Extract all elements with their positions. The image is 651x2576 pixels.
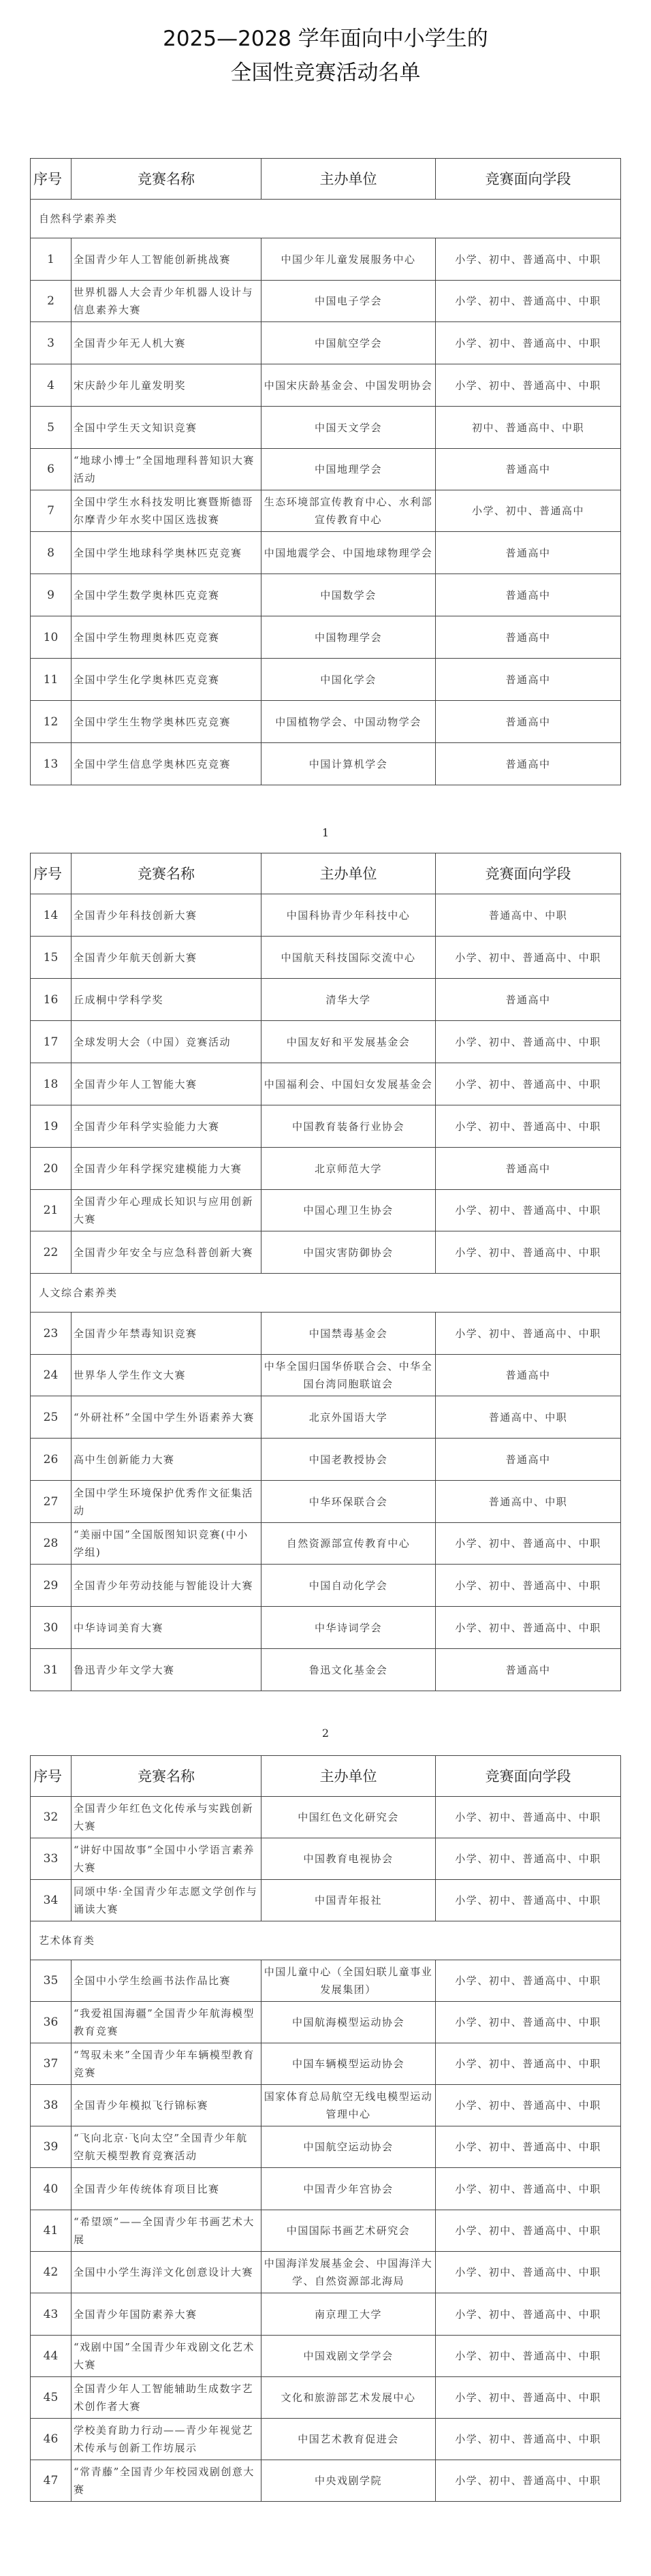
organizer: 中国友好和平发展基金会 <box>261 1021 436 1063</box>
organizer: 中国物理学会 <box>261 616 436 659</box>
competition-name: 全国青少年劳动技能与智能设计大赛 <box>72 1565 261 1607</box>
competition-name: “希望颂”——全国青少年书画艺术大展 <box>72 2210 261 2252</box>
organizer: 中国艺术教育促进会 <box>261 2419 436 2460</box>
category-row: 自然科学素养类 <box>31 200 621 238</box>
organizer: 鲁迅文化基金会 <box>261 1649 436 1691</box>
row-number: 11 <box>31 659 72 701</box>
competition-name: 高中生创新能力大赛 <box>72 1439 261 1481</box>
competition-name: 全国青少年科技创新大赛 <box>72 894 261 937</box>
table-row: 30中华诗词美育大赛中华诗词学会小学、初中、普通高中、中职 <box>31 1607 621 1649</box>
organizer: 中国化学会 <box>261 659 436 701</box>
organizer: 国家体育总局航空无线电模型运动管理中心 <box>261 2085 436 2126</box>
row-number: 8 <box>31 532 72 574</box>
competition-name: “我爱祖国海疆”全国青少年航海模型教育竞赛 <box>72 2002 261 2043</box>
competition-name: 丘成桐中学科学奖 <box>72 979 261 1021</box>
organizer: 中央戏剧学院 <box>261 2460 436 2502</box>
school-stage: 普通高中 <box>436 701 621 743</box>
table-row: 12全国中学生生物学奥林匹克竞赛中国植物学会、中国动物学会普通高中 <box>31 701 621 743</box>
category-humanities: 人文综合素养类 <box>31 1274 621 1313</box>
category-natural-science: 自然科学素养类 <box>31 200 621 238</box>
competition-name: 全国中学生数学奥林匹克竞赛 <box>72 574 261 616</box>
col-header-name: 竞赛名称 <box>72 1756 261 1797</box>
row-number: 20 <box>31 1148 72 1190</box>
row-number: 7 <box>31 490 72 532</box>
col-header-org: 主办单位 <box>261 1756 436 1797</box>
table-row: 1全国青少年人工智能创新挑战赛中国少年儿童发展服务中心小学、初中、普通高中、中职 <box>31 238 621 281</box>
col-header-org: 主办单位 <box>261 853 436 894</box>
row-number: 26 <box>31 1439 72 1481</box>
table-row: 9全国中学生数学奥林匹克竞赛中国数学会普通高中 <box>31 574 621 616</box>
school-stage: 小学、初中、普通高中、中职 <box>436 322 621 364</box>
row-number: 13 <box>31 743 72 785</box>
organizer: 中国天文学会 <box>261 407 436 449</box>
row-number: 46 <box>31 2419 72 2460</box>
table-row: 33“讲好中国故事”全国中小学语言素养大赛中国教育电视协会小学、初中、普通高中、… <box>31 1838 621 1880</box>
row-number: 35 <box>31 1960 72 2002</box>
organizer: 中国福利会、中国妇女发展基金会 <box>261 1063 436 1105</box>
organizer: 中国教育装备行业协会 <box>261 1105 436 1148</box>
title-line-2: 全国性竞赛活动名单 <box>0 56 651 90</box>
school-stage: 小学、初中、普通高中、中职 <box>436 2126 621 2168</box>
organizer: 中国国际书画艺术研究会 <box>261 2210 436 2252</box>
col-header-no: 序号 <box>31 1756 72 1797</box>
row-number: 17 <box>31 1021 72 1063</box>
title-line-1: 2025—2028 学年面向中小学生的 <box>0 22 651 56</box>
row-number: 9 <box>31 574 72 616</box>
row-number: 6 <box>31 449 72 490</box>
school-stage: 普通高中 <box>436 1649 621 1691</box>
organizer: 生态环境部宣传教育中心、水利部宣传教育中心 <box>261 490 436 532</box>
competition-name: “外研社杯”全国中学生外语素养大赛 <box>72 1396 261 1439</box>
school-stage: 普通高中 <box>436 659 621 701</box>
row-number: 28 <box>31 1523 72 1565</box>
table-row: 2世界机器人大会青少年机器人设计与信息素养大赛中国电子学会小学、初中、普通高中、… <box>31 281 621 322</box>
page-number-1: 1 <box>0 826 651 839</box>
organizer: 中国老教授协会 <box>261 1439 436 1481</box>
competition-name: “常青藤”全国青少年校园戏剧创意大赛 <box>72 2460 261 2502</box>
school-stage: 小学、初中、普通高中、中职 <box>436 2460 621 2502</box>
row-number: 1 <box>31 238 72 281</box>
organizer: 中国戏剧文学学会 <box>261 2336 436 2377</box>
table-row: 32全国青少年红色文化传承与实践创新大赛中国红色文化研究会小学、初中、普通高中、… <box>31 1797 621 1838</box>
competition-name: “驾驭未来”全国青少年车辆模型教育竞赛 <box>72 2043 261 2085</box>
table-row: 23全国青少年禁毒知识竞赛中国禁毒基金会小学、初中、普通高中、中职 <box>31 1313 621 1355</box>
row-number: 16 <box>31 979 72 1021</box>
school-stage: 小学、初中、普通高中、中职 <box>436 2419 621 2460</box>
row-number: 40 <box>31 2168 72 2210</box>
organizer: 中国海洋发展基金会、中国海洋大学、自然资源部北海局 <box>261 2252 436 2293</box>
table-row: 10全国中学生物理奥林匹克竞赛中国物理学会普通高中 <box>31 616 621 659</box>
organizer: 中国航天科技国际交流中心 <box>261 937 436 979</box>
organizer: 中国电子学会 <box>261 281 436 322</box>
competition-name: 全国中学生天文知识竞赛 <box>72 407 261 449</box>
row-number: 22 <box>31 1231 72 1274</box>
school-stage: 小学、初中、普通高中、中职 <box>436 937 621 979</box>
table-row: 24世界华人学生作文大赛中华全国归国华侨联合会、中华全国台湾同胞联谊会普通高中 <box>31 1355 621 1396</box>
competition-name: 同颂中华·全国青少年志愿文学创作与诵读大赛 <box>72 1880 261 1921</box>
school-stage: 小学、初中、普通高中、中职 <box>436 2252 621 2293</box>
table-page-1: 序号 竞赛名称 主办单位 竞赛面向学段 自然科学素养类 1全国青少年人工智能创新… <box>30 158 620 785</box>
organizer: 中国车辆模型运动协会 <box>261 2043 436 2085</box>
row-number: 27 <box>31 1481 72 1523</box>
table-row: 18全国青少年人工智能大赛中国福利会、中国妇女发展基金会小学、初中、普通高中、中… <box>31 1063 621 1105</box>
school-stage: 普通高中 <box>436 616 621 659</box>
school-stage: 小学、初中、普通高中、中职 <box>436 2293 621 2336</box>
school-stage: 小学、初中、普通高中、中职 <box>436 364 621 407</box>
school-stage: 小学、初中、普通高中、中职 <box>436 1797 621 1838</box>
school-stage: 初中、普通高中、中职 <box>436 407 621 449</box>
table-row: 21全国青少年心理成长知识与应用创新大赛中国心理卫生协会小学、初中、普通高中、中… <box>31 1190 621 1231</box>
organizer: 中国科协青少年科技中心 <box>261 894 436 937</box>
school-stage: 小学、初中、普通高中、中职 <box>436 238 621 281</box>
organizer: 文化和旅游部艺术发展中心 <box>261 2377 436 2419</box>
organizer: 中国自动化学会 <box>261 1565 436 1607</box>
category-row: 艺术体育类 <box>31 1921 621 1960</box>
table-row: 47“常青藤”全国青少年校园戏剧创意大赛中央戏剧学院小学、初中、普通高中、中职 <box>31 2460 621 2502</box>
table-row: 37“驾驭未来”全国青少年车辆模型教育竞赛中国车辆模型运动协会小学、初中、普通高… <box>31 2043 621 2085</box>
row-number: 34 <box>31 1880 72 1921</box>
competition-name: 全国青少年安全与应急科普创新大赛 <box>72 1231 261 1274</box>
table-row: 44“戏剧中国”全国青少年戏剧文化艺术大赛中国戏剧文学学会小学、初中、普通高中、… <box>31 2336 621 2377</box>
col-header-no: 序号 <box>31 853 72 894</box>
school-stage: 小学、初中、普通高中、中职 <box>436 1313 621 1355</box>
competition-name: 世界华人学生作文大赛 <box>72 1355 261 1396</box>
row-number: 14 <box>31 894 72 937</box>
table-body: 1全国青少年人工智能创新挑战赛中国少年儿童发展服务中心小学、初中、普通高中、中职… <box>31 238 621 785</box>
school-stage: 小学、初中、普通高中、中职 <box>436 1105 621 1148</box>
school-stage: 普通高中 <box>436 1355 621 1396</box>
row-number: 21 <box>31 1190 72 1231</box>
table-row: 14全国青少年科技创新大赛中国科协青少年科技中心普通高中、中职 <box>31 894 621 937</box>
organizer: 中国心理卫生协会 <box>261 1190 436 1231</box>
document-title: 2025—2028 学年面向中小学生的 全国性竞赛活动名单 <box>0 22 651 90</box>
row-number: 37 <box>31 2043 72 2085</box>
school-stage: 普通高中 <box>436 1439 621 1481</box>
row-number: 31 <box>31 1649 72 1691</box>
row-number: 24 <box>31 1355 72 1396</box>
school-stage: 小学、初中、普通高中、中职 <box>436 2085 621 2126</box>
table-row: 38全国青少年模拟飞行锦标赛国家体育总局航空无线电模型运动管理中心小学、初中、普… <box>31 2085 621 2126</box>
row-number: 4 <box>31 364 72 407</box>
organizer: 中国红色文化研究会 <box>261 1797 436 1838</box>
competition-name: 全国青少年科学探究建模能力大赛 <box>72 1148 261 1190</box>
table-row: 16丘成桐中学科学奖清华大学普通高中 <box>31 979 621 1021</box>
row-number: 45 <box>31 2377 72 2419</box>
table-row: 40全国青少年传统体育项目比赛中国青少年宫协会小学、初中、普通高中、中职 <box>31 2168 621 2210</box>
row-number: 39 <box>31 2126 72 2168</box>
school-stage: 小学、初中、普通高中、中职 <box>436 1523 621 1565</box>
row-number: 3 <box>31 322 72 364</box>
competition-name: 全国青少年传统体育项目比赛 <box>72 2168 261 2210</box>
row-number: 32 <box>31 1797 72 1838</box>
table-row: 8全国中学生地球科学奥林匹克竞赛中国地震学会、中国地球物理学会普通高中 <box>31 532 621 574</box>
organizer: 中国宋庆龄基金会、中国发明协会 <box>261 364 436 407</box>
table-row: 20全国青少年科学探究建模能力大赛北京师范大学普通高中 <box>31 1148 621 1190</box>
school-stage: 小学、初中、普通高中、中职 <box>436 1838 621 1880</box>
organizer: 中华诗词学会 <box>261 1607 436 1649</box>
organizer: 中国少年儿童发展服务中心 <box>261 238 436 281</box>
school-stage: 小学、初中、普通高中、中职 <box>436 2043 621 2085</box>
table-row: 43全国青少年国防素养大赛南京理工大学小学、初中、普通高中、中职 <box>31 2293 621 2336</box>
row-number: 5 <box>31 407 72 449</box>
school-stage: 普通高中 <box>436 1148 621 1190</box>
competition-table: 序号 竞赛名称 主办单位 竞赛面向学段 自然科学素养类 1全国青少年人工智能创新… <box>30 158 621 785</box>
organizer: 南京理工大学 <box>261 2293 436 2336</box>
school-stage: 小学、初中、普通高中、中职 <box>436 2336 621 2377</box>
competition-name: 鲁迅青少年文学大赛 <box>72 1649 261 1691</box>
table-row: 42全国中小学生海洋文化创意设计大赛中国海洋发展基金会、中国海洋大学、自然资源部… <box>31 2252 621 2293</box>
category-row: 人文综合素养类 <box>31 1274 621 1313</box>
competition-name: 全国青少年人工智能辅助生成数字艺术创作者大赛 <box>72 2377 261 2419</box>
row-number: 25 <box>31 1396 72 1439</box>
competition-name: 全国中学生化学奥林匹克竞赛 <box>72 659 261 701</box>
competition-name: 全国中学生信息学奥林匹克竞赛 <box>72 743 261 785</box>
table-row: 45全国青少年人工智能辅助生成数字艺术创作者大赛文化和旅游部艺术发展中心小学、初… <box>31 2377 621 2419</box>
organizer: 中国数学会 <box>261 574 436 616</box>
table-row: 4宋庆龄少年儿童发明奖中国宋庆龄基金会、中国发明协会小学、初中、普通高中、中职 <box>31 364 621 407</box>
table-row: 15全国青少年航天创新大赛中国航天科技国际交流中心小学、初中、普通高中、中职 <box>31 937 621 979</box>
table-row: 19全国青少年科学实验能力大赛中国教育装备行业协会小学、初中、普通高中、中职 <box>31 1105 621 1148</box>
competition-name: 全国青少年人工智能大赛 <box>72 1063 261 1105</box>
col-header-stage: 竞赛面向学段 <box>436 1756 621 1797</box>
school-stage: 普通高中 <box>436 449 621 490</box>
competition-name: 全国中小学生绘画书法作品比赛 <box>72 1960 261 2002</box>
school-stage: 小学、初中、普通高中、中职 <box>436 1960 621 2002</box>
row-number: 44 <box>31 2336 72 2377</box>
row-number: 29 <box>31 1565 72 1607</box>
school-stage: 小学、初中、普通高中、中职 <box>436 2002 621 2043</box>
table-row: 13全国中学生信息学奥林匹克竞赛中国计算机学会普通高中 <box>31 743 621 785</box>
table-page-2: 序号 竞赛名称 主办单位 竞赛面向学段 14全国青少年科技创新大赛中国科协青少年… <box>30 853 620 1691</box>
row-number: 19 <box>31 1105 72 1148</box>
competition-name: 全国中学生地球科学奥林匹克竞赛 <box>72 532 261 574</box>
row-number: 18 <box>31 1063 72 1105</box>
organizer: 中国航空学会 <box>261 322 436 364</box>
competition-name: 全国青少年科学实验能力大赛 <box>72 1105 261 1148</box>
organizer: 清华大学 <box>261 979 436 1021</box>
competition-name: “戏剧中国”全国青少年戏剧文化艺术大赛 <box>72 2336 261 2377</box>
competition-name: 全国青少年心理成长知识与应用创新大赛 <box>72 1190 261 1231</box>
school-stage: 小学、初中、普通高中、中职 <box>436 2210 621 2252</box>
competition-table: 序号 竞赛名称 主办单位 竞赛面向学段 14全国青少年科技创新大赛中国科协青少年… <box>30 853 621 1691</box>
organizer: 中国教育电视协会 <box>261 1838 436 1880</box>
table-row: 7全国中学生水科技发明比赛暨斯德哥尔摩青少年水奖中国区选拔赛生态环境部宣传教育中… <box>31 490 621 532</box>
competition-name: 全国青少年人工智能创新挑战赛 <box>72 238 261 281</box>
school-stage: 小学、初中、普通高中、中职 <box>436 1021 621 1063</box>
row-number: 2 <box>31 281 72 322</box>
row-number: 23 <box>31 1313 72 1355</box>
row-number: 38 <box>31 2085 72 2126</box>
school-stage: 普通高中 <box>436 574 621 616</box>
competition-name: “美丽中国”全国版图知识竞赛(中小学组) <box>72 1523 261 1565</box>
table-header: 序号 竞赛名称 主办单位 竞赛面向学段 <box>31 159 621 200</box>
competition-name: 全国中学生物理奥林匹克竞赛 <box>72 616 261 659</box>
table-row: 41“希望颂”——全国青少年书画艺术大展中国国际书画艺术研究会小学、初中、普通高… <box>31 2210 621 2252</box>
organizer: 中华环保联合会 <box>261 1481 436 1523</box>
school-stage: 小学、初中、普通高中、中职 <box>436 2168 621 2210</box>
school-stage: 小学、初中、普通高中、中职 <box>436 1190 621 1231</box>
competition-name: “飞向北京·飞向太空”全国青少年航空航天模型教育竞赛活动 <box>72 2126 261 2168</box>
competition-name: 全国中学生生物学奥林匹克竞赛 <box>72 701 261 743</box>
competition-name: 中华诗词美育大赛 <box>72 1607 261 1649</box>
competition-table: 序号 竞赛名称 主办单位 竞赛面向学段 32全国青少年红色文化传承与实践创新大赛… <box>30 1755 621 2502</box>
organizer: 中国儿童中心（全国妇联儿童事业发展集团） <box>261 1960 436 2002</box>
organizer: 中国航空运动协会 <box>261 2126 436 2168</box>
col-header-name: 竞赛名称 <box>72 853 261 894</box>
school-stage: 普通高中、中职 <box>436 894 621 937</box>
organizer: 北京外国语大学 <box>261 1396 436 1439</box>
table-row: 46学校美育助力行动——青少年视觉艺术传承与创新工作坊展示中国艺术教育促进会小学… <box>31 2419 621 2460</box>
table-row: 35全国中小学生绘画书法作品比赛中国儿童中心（全国妇联儿童事业发展集团）小学、初… <box>31 1960 621 2002</box>
organizer: 中国航海模型运动协会 <box>261 2002 436 2043</box>
row-number: 15 <box>31 937 72 979</box>
table-row: 17全球发明大会（中国）竞赛活动中国友好和平发展基金会小学、初中、普通高中、中职 <box>31 1021 621 1063</box>
table-row: 36“我爱祖国海疆”全国青少年航海模型教育竞赛中国航海模型运动协会小学、初中、普… <box>31 2002 621 2043</box>
competition-name: “地球小博士”全国地理科普知识大赛活动 <box>72 449 261 490</box>
school-stage: 小学、初中、普通高中、中职 <box>436 1231 621 1274</box>
row-number: 10 <box>31 616 72 659</box>
category-arts-sports: 艺术体育类 <box>31 1921 621 1960</box>
competition-name: 全国青少年模拟飞行锦标赛 <box>72 2085 261 2126</box>
col-header-org: 主办单位 <box>261 159 436 200</box>
table-row: 31鲁迅青少年文学大赛鲁迅文化基金会普通高中 <box>31 1649 621 1691</box>
competition-name: 宋庆龄少年儿童发明奖 <box>72 364 261 407</box>
organizer: 中国灾害防御协会 <box>261 1231 436 1274</box>
competition-name: 全国青少年禁毒知识竞赛 <box>72 1313 261 1355</box>
competition-name: 全国中学生环境保护优秀作文征集活动 <box>72 1481 261 1523</box>
row-number: 33 <box>31 1838 72 1880</box>
school-stage: 普通高中、中职 <box>436 1481 621 1523</box>
table-page-3: 序号 竞赛名称 主办单位 竞赛面向学段 32全国青少年红色文化传承与实践创新大赛… <box>30 1755 620 2502</box>
row-number: 30 <box>31 1607 72 1649</box>
table-row: 25“外研社杯”全国中学生外语素养大赛北京外国语大学普通高中、中职 <box>31 1396 621 1439</box>
row-number: 12 <box>31 701 72 743</box>
competition-name: “讲好中国故事”全国中小学语言素养大赛 <box>72 1838 261 1880</box>
page-number-2: 2 <box>0 1727 651 1740</box>
table-body: 35全国中小学生绘画书法作品比赛中国儿童中心（全国妇联儿童事业发展集团）小学、初… <box>31 1960 621 2502</box>
competition-name: 全国青少年无人机大赛 <box>72 322 261 364</box>
organizer: 中华全国归国华侨联合会、中华全国台湾同胞联谊会 <box>261 1355 436 1396</box>
table-row: 29全国青少年劳动技能与智能设计大赛中国自动化学会小学、初中、普通高中、中职 <box>31 1565 621 1607</box>
table-body: 14全国青少年科技创新大赛中国科协青少年科技中心普通高中、中职15全国青少年航天… <box>31 894 621 1274</box>
school-stage: 小学、初中、普通高中、中职 <box>436 2377 621 2419</box>
competition-name: 全国中学生水科技发明比赛暨斯德哥尔摩青少年水奖中国区选拔赛 <box>72 490 261 532</box>
row-number: 36 <box>31 2002 72 2043</box>
competition-name: 全球发明大会（中国）竞赛活动 <box>72 1021 261 1063</box>
school-stage: 普通高中 <box>436 532 621 574</box>
school-stage: 小学、初中、普通高中、中职 <box>436 1063 621 1105</box>
table-body: 32全国青少年红色文化传承与实践创新大赛中国红色文化研究会小学、初中、普通高中、… <box>31 1797 621 1921</box>
row-number: 43 <box>31 2293 72 2336</box>
col-header-stage: 竞赛面向学段 <box>436 159 621 200</box>
competition-name: 全国青少年航天创新大赛 <box>72 937 261 979</box>
table-row: 5全国中学生天文知识竞赛中国天文学会初中、普通高中、中职 <box>31 407 621 449</box>
table-row: 28“美丽中国”全国版图知识竞赛(中小学组)自然资源部宣传教育中心小学、初中、普… <box>31 1523 621 1565</box>
table-row: 34同颂中华·全国青少年志愿文学创作与诵读大赛中国青年报社小学、初中、普通高中、… <box>31 1880 621 1921</box>
table-row: 11全国中学生化学奥林匹克竞赛中国化学会普通高中 <box>31 659 621 701</box>
row-number: 42 <box>31 2252 72 2293</box>
row-number: 41 <box>31 2210 72 2252</box>
organizer: 北京师范大学 <box>261 1148 436 1190</box>
organizer: 中国青年报社 <box>261 1880 436 1921</box>
school-stage: 小学、初中、普通高中、中职 <box>436 1607 621 1649</box>
competition-name: 全国青少年红色文化传承与实践创新大赛 <box>72 1797 261 1838</box>
school-stage: 小学、初中、普通高中、中职 <box>436 281 621 322</box>
table-row: 22全国青少年安全与应急科普创新大赛中国灾害防御协会小学、初中、普通高中、中职 <box>31 1231 621 1274</box>
row-number: 47 <box>31 2460 72 2502</box>
school-stage: 普通高中 <box>436 979 621 1021</box>
competition-name: 全国中小学生海洋文化创意设计大赛 <box>72 2252 261 2293</box>
organizer: 中国地理学会 <box>261 449 436 490</box>
col-header-name: 竞赛名称 <box>72 159 261 200</box>
organizer: 中国地震学会、中国地球物理学会 <box>261 532 436 574</box>
col-header-no: 序号 <box>31 159 72 200</box>
table-row: 3全国青少年无人机大赛中国航空学会小学、初中、普通高中、中职 <box>31 322 621 364</box>
competition-name: 全国青少年国防素养大赛 <box>72 2293 261 2336</box>
table-row: 6“地球小博士”全国地理科普知识大赛活动中国地理学会普通高中 <box>31 449 621 490</box>
competition-name: 学校美育助力行动——青少年视觉艺术传承与创新工作坊展示 <box>72 2419 261 2460</box>
organizer: 中国禁毒基金会 <box>261 1313 436 1355</box>
col-header-stage: 竞赛面向学段 <box>436 853 621 894</box>
school-stage: 普通高中 <box>436 743 621 785</box>
table-row: 39“飞向北京·飞向太空”全国青少年航空航天模型教育竞赛活动中国航空运动协会小学… <box>31 2126 621 2168</box>
table-body: 23全国青少年禁毒知识竞赛中国禁毒基金会小学、初中、普通高中、中职24世界华人学… <box>31 1313 621 1691</box>
table-header: 序号 竞赛名称 主办单位 竞赛面向学段 <box>31 1756 621 1797</box>
organizer: 中国青少年宫协会 <box>261 2168 436 2210</box>
school-stage: 普通高中、中职 <box>436 1396 621 1439</box>
organizer: 中国植物学会、中国动物学会 <box>261 701 436 743</box>
school-stage: 小学、初中、普通高中、中职 <box>436 1880 621 1921</box>
table-header: 序号 竞赛名称 主办单位 竞赛面向学段 <box>31 853 621 894</box>
school-stage: 小学、初中、普通高中、中职 <box>436 1565 621 1607</box>
organizer: 自然资源部宣传教育中心 <box>261 1523 436 1565</box>
organizer: 中国计算机学会 <box>261 743 436 785</box>
table-row: 26高中生创新能力大赛中国老教授协会普通高中 <box>31 1439 621 1481</box>
competition-name: 世界机器人大会青少年机器人设计与信息素养大赛 <box>72 281 261 322</box>
table-row: 27全国中学生环境保护优秀作文征集活动中华环保联合会普通高中、中职 <box>31 1481 621 1523</box>
school-stage: 小学、初中、普通高中 <box>436 490 621 532</box>
